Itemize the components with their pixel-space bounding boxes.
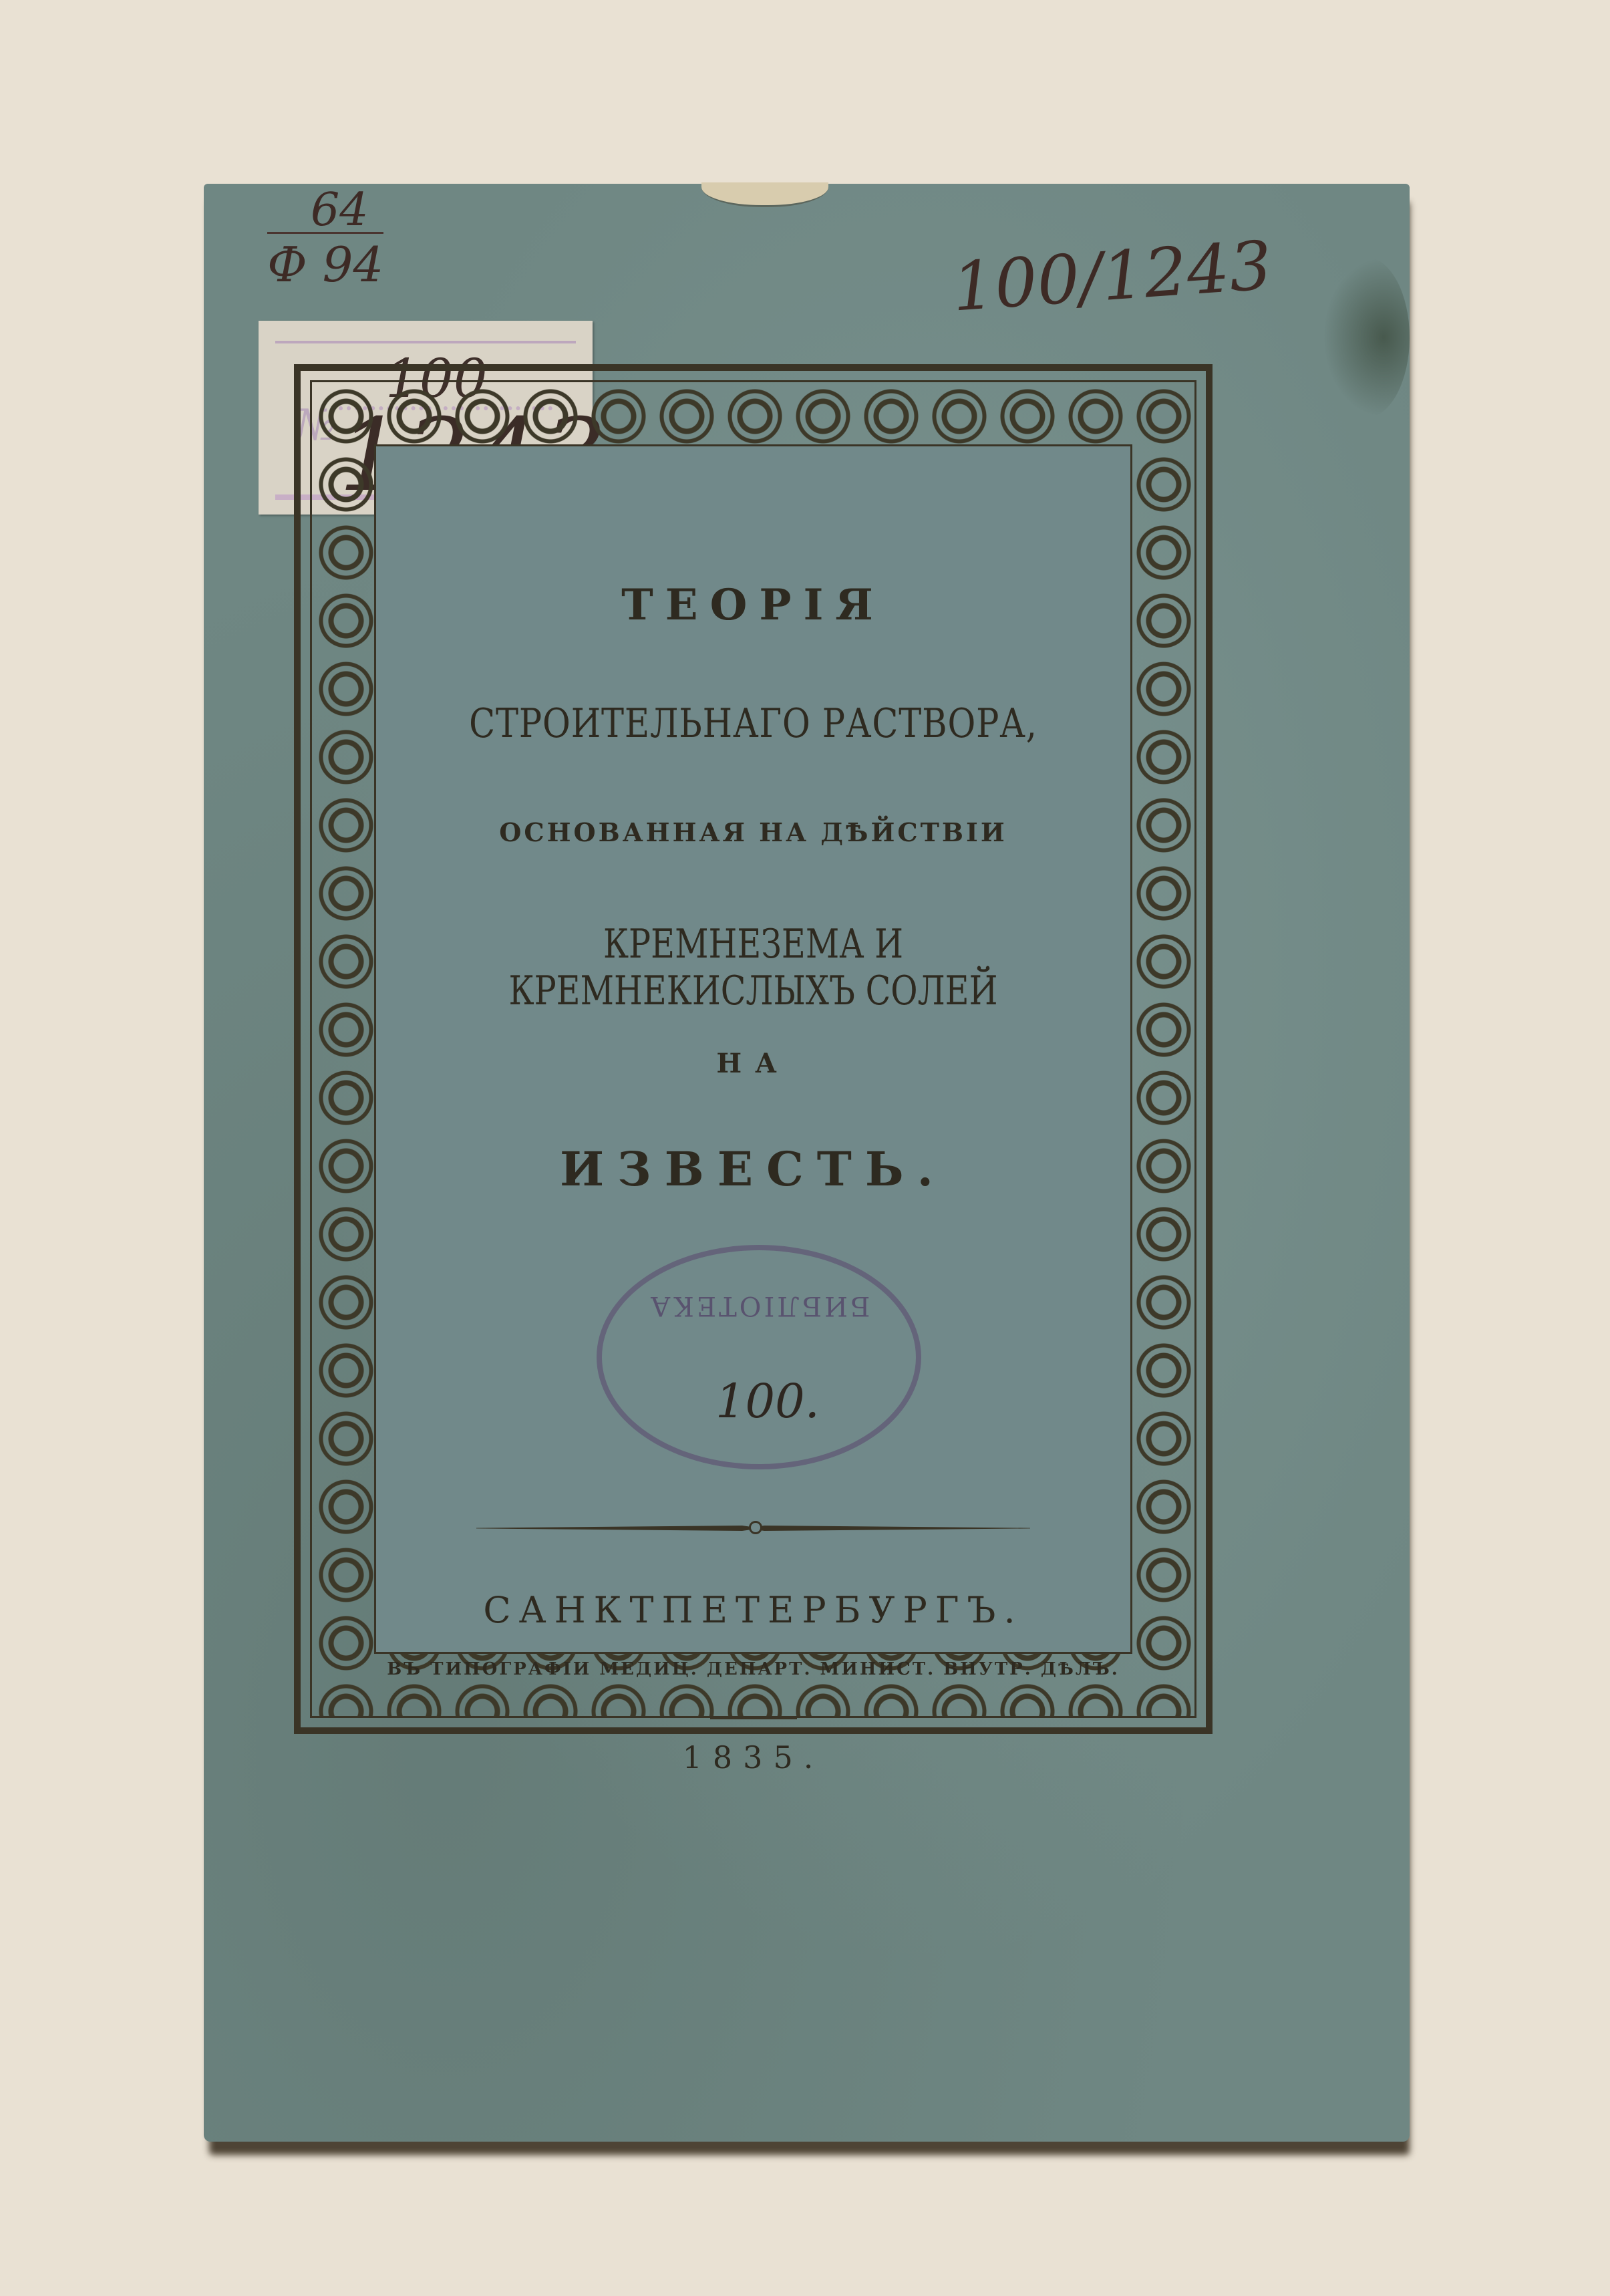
subtitle-line-3: КРЕМНЕЗЕМА И КРЕМНЕКИСЛЫХЪ СОЛЕЙ	[444, 921, 1063, 1014]
stamp-number: 100.	[715, 1374, 820, 1429]
rule-center-dot-icon	[749, 1521, 762, 1534]
printer-line: ВЪ ТИПОГРАФІИ МЕДИЦ. ДЕПАРТ. МИНИСТ. ВНУ…	[376, 1659, 1130, 1679]
subtitle-line-5: ИЗВЕСТЬ.	[376, 1141, 1130, 1197]
publication-year: 1835.	[376, 1739, 1130, 1775]
place-of-publication: САНКТПЕТЕРБУРГЪ.	[376, 1589, 1130, 1631]
subtitle-line-2: ОСНОВАННАЯ НА ДѢЙСТВІИ	[376, 817, 1130, 847]
shelfmark-numerator: 64	[311, 184, 369, 237]
shelfmark-denominator: Ф 94	[267, 232, 383, 293]
torn-spine-edge	[701, 182, 828, 207]
subtitle-line-1: СТРОИТЕЛЬНАГО РАСТВОРА,	[433, 700, 1074, 747]
stamp-text: БИБЛІОТЕКА	[602, 1290, 916, 1321]
ornamental-frame: ТЕОРІЯ СТРОИТЕЛЬНАГО РАСТВОРА, ОСНОВАННА…	[294, 364, 1213, 1734]
title-panel: ТЕОРІЯ СТРОИТЕЛЬНАГО РАСТВОРА, ОСНОВАННА…	[374, 444, 1132, 1654]
library-stamp: БИБЛІОТЕКА 100.	[597, 1245, 921, 1469]
booklet-cover: 64 Ф 94 100/1243 № 100 1243 ТЕОРІЯ СТРОИ…	[204, 184, 1410, 2142]
subtitle-line-4: НА	[376, 1048, 1130, 1079]
water-stain	[1323, 257, 1410, 418]
short-rule	[710, 1716, 797, 1719]
handwritten-catalog-number: 100/1243	[950, 226, 1275, 326]
title: ТЕОРІЯ	[376, 580, 1130, 630]
